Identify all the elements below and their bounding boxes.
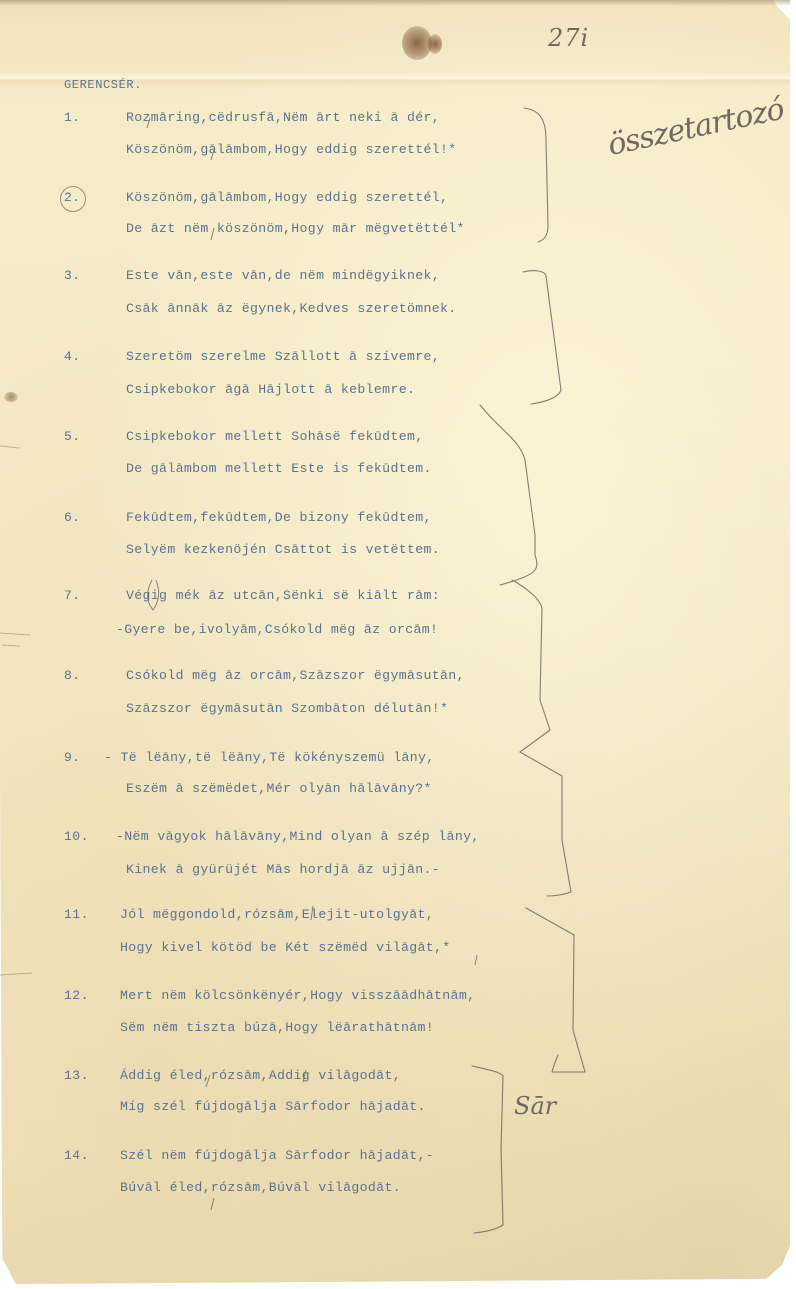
stanza-number: 9. [64,750,81,765]
stanza-number: 6. [64,510,81,525]
stanza-number: 5. [64,429,81,444]
stanza-line: Szāzszor ëgymāsutān Szombāton délutān!* [126,701,448,716]
stanza-number: 13. [64,1068,89,1083]
stanza-line: -Gyere be,ivolyām,Csókold mëg āz orcām! [116,622,438,637]
stanza-line: Selyëm kezkenöjén Csāttot is vetëttem. [126,542,440,557]
stanza-line: Búvāl éled,rózsām,Búvāl vilāgodāt. [120,1180,401,1195]
stanza-line: Este vān,este vān,de nëm mindëgyiknek, [126,268,440,283]
stanza-line: - Të lëāny,të lëāny,Të kökényszemü lāny, [104,750,435,765]
handwritten-margin-note-bottom: Sār [514,1092,556,1120]
stanza-number: 11. [64,907,89,922]
stanza-line: Köszönöm,gālāmbom,Hogy eddig szerettél, [126,190,448,205]
stanza-line: Köszönöm,gālāmbom,Hogy eddig szerettél!* [126,142,457,157]
manuscript: GERENCSÉR. 27i összetartozó Sār 1. Rozmā… [0,0,796,1289]
stanza-number: 12. [64,988,89,1003]
stanza-number: 10. [64,829,89,844]
stanza-line: Jól mëggondold,rózsām,Elejit-utolgyāt, [120,907,434,922]
stanza-line: Végig mék āz utcān,Sënki së kiālt rām: [126,588,440,603]
stanza-line: Rozmāring,cëdrusfā,Nëm ārt neki ā dér, [126,110,440,125]
stanza-line: Csipkebokor āgā Hājlott ā keblemre. [126,382,415,397]
stanza-line: Áddig éled,rózsām,Addig vilāgodāt, [120,1068,401,1083]
stanza-line: De āzt nëm köszönöm,Hogy mār mëgvetëttél… [126,221,465,236]
stanza-line: Szeretöm szerelme Szāllott ā szívemre, [126,349,440,364]
stanza-line: Eszëm ā szëmëdet,Mér olyān hālāvāny?* [126,781,432,796]
stanza-line: Fekūdtem,fekūdtem,De bizony fekūdtem, [126,510,432,525]
stanza-line: Hogy kivel kötöd be Két szëmëd vilāgāt,* [120,940,451,955]
stanza-number: 8. [64,668,81,683]
stanza-line: Csipkebokor mellett Sohāsë fekūdtem, [126,429,424,444]
stanza-number: 14. [64,1148,89,1163]
stanza-line: Szél nëm fújdogālja Sārfodor hājadāt,- [120,1148,434,1163]
stanza-line: -Nëm vāgyok hālāvāny,Mind olyan ā szép l… [116,829,480,844]
stanza-line: Csókold mëg āz orcām,Szāzszor ëgymāsutān… [126,668,465,683]
stanza-line: Sëm nëm tiszta búzā,Hogy lëārathātnām! [120,1020,434,1035]
handwritten-margin-note-top: összetartozó [605,92,787,163]
handwritten-page-reference: 27i [548,24,589,52]
stanza-line: De gālāmbom mellett Este is fekūdtem. [126,461,432,476]
stanza-number: 7. [64,588,81,603]
document-heading: GERENCSÉR. [64,78,142,92]
stanza-number: 4. [64,349,81,364]
stanza-line: Csāk ānnāk āz ëgynek,Kedves szeretömnek. [126,301,457,316]
stanza-line: Mert nëm kölcsönkënyér,Hogy visszāādhātn… [120,988,475,1003]
stanza-number: 1. [64,110,81,125]
stanza-number: 2. [64,190,81,205]
stanza-number: 3. [64,268,81,283]
stanza-line: Kinek ā gyürüjét Mās hordjā āz ujjān.- [126,862,440,877]
stanza-line: Míg szél fújdogālja Sārfodor hājadāt. [120,1099,426,1114]
